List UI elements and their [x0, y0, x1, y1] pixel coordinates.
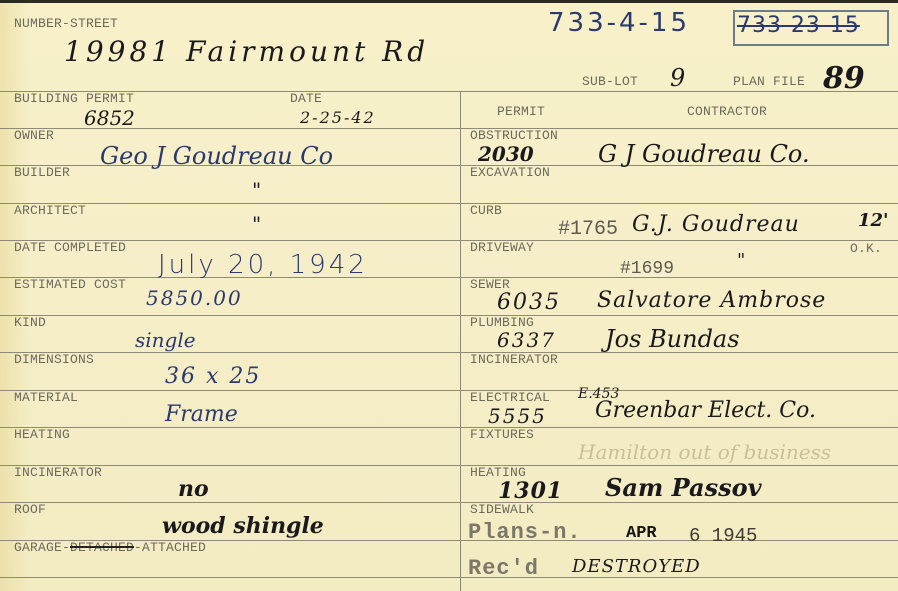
rule	[0, 203, 898, 204]
rule	[0, 352, 898, 353]
incinerator-label: INCINERATOR	[14, 466, 102, 480]
electrical-label: ELECTRICAL	[470, 391, 550, 405]
date-stamp-day-year: 6 1945	[689, 525, 757, 547]
card-top-edge	[0, 0, 898, 3]
number-street-label: NUMBER-STREET	[14, 17, 118, 31]
date-value: 2-25-42	[300, 110, 376, 126]
garage-label: GARAGE-DETACHED-ATTACHED	[14, 541, 206, 555]
garage-label-struck: DETACHED	[70, 540, 134, 555]
owner-label: OWNER	[14, 129, 54, 143]
incinerator-value: no	[178, 478, 209, 500]
sewer-contractor: Salvatore Ambrose	[597, 290, 826, 312]
sewer-permit: 6035	[497, 292, 561, 314]
right-incinerator-label: INCINERATOR	[470, 353, 558, 367]
rule	[0, 427, 898, 428]
building-permit-card: NUMBER-STREET 19981 Fairmount Rd 733-4-1…	[0, 0, 898, 591]
column-divider	[460, 91, 461, 591]
architect-label: ARCHITECT	[14, 204, 86, 218]
owner-value: Geo J Goudreau Co	[100, 144, 333, 168]
permit-column-header: PERMIT	[497, 105, 545, 119]
estimated-cost-label: ESTIMATED COST	[14, 278, 126, 292]
plumbing-permit: 6337	[497, 330, 556, 350]
rule	[0, 277, 898, 278]
garage-label-suffix: -ATTACHED	[134, 540, 206, 555]
plans-stamp: Plans-n.	[468, 520, 582, 545]
obstruction-permit: 2030	[478, 144, 534, 164]
fixtures-note: Hamilton out of business	[578, 442, 831, 462]
builder-value: "	[252, 180, 261, 200]
rule	[0, 91, 898, 92]
obstruction-label: OBSTRUCTION	[470, 129, 558, 143]
address-value: 19981 Fairmount Rd	[64, 38, 429, 66]
curb-note: 12'	[858, 212, 889, 230]
sub-lot-label: SUB-LOT	[582, 75, 638, 89]
dimensions-value: 36 x 25	[165, 366, 261, 388]
date-label: DATE	[290, 92, 322, 106]
plumbing-contractor: Jos Bundas	[605, 327, 740, 351]
architect-value: "	[252, 214, 261, 234]
heating-permit: 1301	[498, 480, 563, 502]
heating-label: HEATING	[14, 428, 70, 442]
material-value: Frame	[165, 404, 238, 426]
roof-value: wood shingle	[162, 515, 324, 537]
building-permit-value: 6852	[84, 108, 135, 128]
curb-permit: #1765	[558, 218, 618, 241]
date-completed-label: DATE COMPLETED	[14, 241, 126, 255]
plans-status: DESTROYED	[572, 558, 701, 576]
date-completed-value: July 20, 1942	[158, 252, 368, 278]
rule	[0, 502, 898, 503]
sidewalk-label: SIDEWALK	[470, 503, 534, 517]
kind-label: KIND	[14, 316, 46, 330]
fixtures-label: FIXTURES	[470, 428, 534, 442]
driveway-contractor: "	[737, 252, 745, 270]
driveway-permit: #1699	[620, 259, 674, 279]
curb-contractor: G.J. Goudreau	[632, 214, 800, 236]
recd-stamp: Rec'd	[468, 556, 539, 581]
rule	[0, 240, 898, 241]
electrical-permit: 5555	[488, 406, 547, 426]
roof-label: ROOF	[14, 503, 46, 517]
driveway-label: DRIVEWAY	[470, 241, 534, 255]
building-permit-label: BUILDING PERMIT	[14, 92, 134, 106]
kind-value: single	[135, 330, 196, 350]
date-stamp-month: APR	[626, 524, 657, 543]
rule	[0, 465, 898, 466]
old-parcel-number: 733-23-15	[737, 13, 860, 38]
rule	[0, 577, 898, 578]
obstruction-contractor: G J Goudreau Co.	[598, 142, 810, 166]
garage-label-prefix: GARAGE-	[14, 540, 70, 555]
dimensions-label: DIMENSIONS	[14, 353, 94, 367]
heating-contractor: Sam Passov	[605, 476, 762, 500]
excavation-label: EXCAVATION	[470, 166, 550, 180]
rule	[0, 315, 898, 316]
old-parcel-box: 733-23-15	[733, 10, 889, 46]
plan-file-value: 89	[823, 64, 865, 94]
sub-lot-value: 9	[670, 66, 685, 90]
contractor-column-header: CONTRACTOR	[687, 105, 767, 119]
curb-label: CURB	[470, 204, 502, 218]
parcel-number-value: 733-4-15	[548, 10, 690, 36]
plan-file-label: PLAN FILE	[733, 75, 805, 89]
rule	[0, 390, 898, 391]
driveway-ok: O.K.	[850, 242, 882, 256]
estimated-cost-value: 5850.00	[146, 288, 243, 308]
material-label: MATERIAL	[14, 391, 78, 405]
electrical-contractor: Greenbar Elect. Co.	[595, 400, 816, 422]
builder-label: BUILDER	[14, 166, 70, 180]
